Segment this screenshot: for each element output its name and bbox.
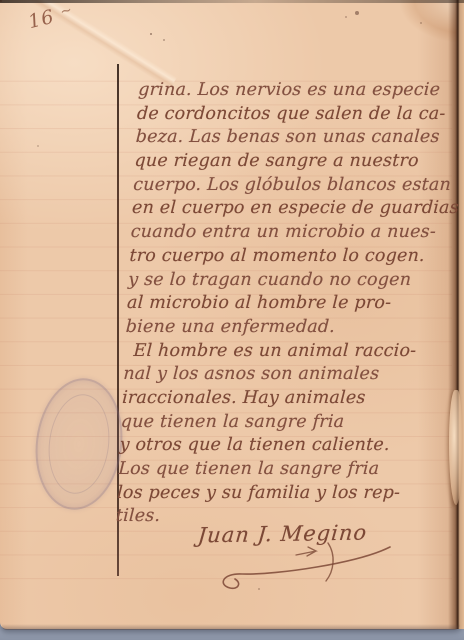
manuscript-line: grina. Los nervios es una especie [138,79,464,103]
manuscript-line: que tienen la sangre fria [120,411,453,435]
page-number-value: 16 [26,6,57,34]
signature-flourish-icon [208,541,408,593]
manuscript-line: cuerpo. Los glóbulos blancos estan [133,174,464,198]
scanned-notebook-page: 16 ~ grina. Los nervios es una especie d… [0,0,464,640]
notebook-page: 16 ~ grina. Los nervios es una especie d… [0,0,464,629]
manuscript-line: y se lo tragan cuando no cogen [128,269,461,293]
manuscript-line: biene una enfermedad. [125,316,458,340]
page-number-flick: ~ [59,2,75,21]
page-number: 16 ~ [26,1,76,33]
page-bottom-shadow [2,624,460,630]
manuscript-line: de cordoncitos que salen de la ca- [136,103,464,127]
manuscript-line: los peces y su familia y los rep- [116,482,449,506]
manuscript-line: y otros que la tienen caliente. [119,434,452,458]
manuscript-line: que riegan de sangre a nuestro [134,150,464,174]
manuscript-line: al microbio al hombre le pro- [126,292,459,316]
manuscript-line: iraccionales. Hay animales [121,387,454,411]
manuscript-line: tro cuerpo al momento lo cogen. [129,245,462,269]
ink-stamp [28,373,129,514]
ink-specks [0,0,2,2]
manuscript-text: grina. Los nervios es una especie de cor… [115,79,464,529]
manuscript-line: Los que tienen la sangre fria [118,458,451,482]
manuscript-line: en el cuerpo en especie de guardias [131,197,464,221]
manuscript-line: El hombre es un animal raccio- [124,340,457,364]
manuscript-line: cuando entra un microbio a nues- [130,221,463,245]
manuscript-line: beza. Las benas son unas canales [135,126,464,150]
manuscript-line: nal y los asnos son animales [123,363,456,387]
